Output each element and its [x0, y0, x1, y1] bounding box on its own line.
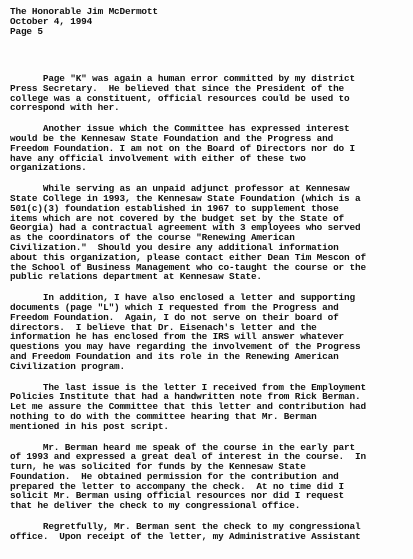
text-line: Civilization program.	[10, 362, 410, 372]
paragraph: While serving as an unpaid adjunct profe…	[10, 184, 410, 282]
letter-header: The Honorable Jim McDermott October 4, 1…	[10, 7, 158, 38]
paragraph: The last issue is the letter I received …	[10, 383, 410, 432]
letter-body: Page "K" was again a human error committ…	[10, 74, 410, 553]
text-line: public relations department at Kennesaw …	[10, 272, 410, 282]
text-line: mentioned in his post script.	[10, 422, 410, 432]
page-number: Page 5	[10, 27, 158, 37]
paragraph: Mr. Berman heard me speak of the course …	[10, 443, 410, 512]
paragraph: Page "K" was again a human error committ…	[10, 74, 410, 113]
text-line: office. Upon receipt of the letter, my A…	[10, 532, 410, 542]
text-line: organizations.	[10, 163, 410, 173]
text-line: correspond with her.	[10, 103, 410, 113]
document-page: The Honorable Jim McDermott October 4, 1…	[0, 0, 413, 559]
paragraph: Regretfully, Mr. Berman sent the check t…	[10, 522, 410, 542]
paragraph: Another issue which the Committee has ex…	[10, 124, 410, 173]
text-line: that he deliver the check to my congress…	[10, 501, 410, 511]
paragraph: In addition, I have also enclosed a lett…	[10, 293, 410, 371]
